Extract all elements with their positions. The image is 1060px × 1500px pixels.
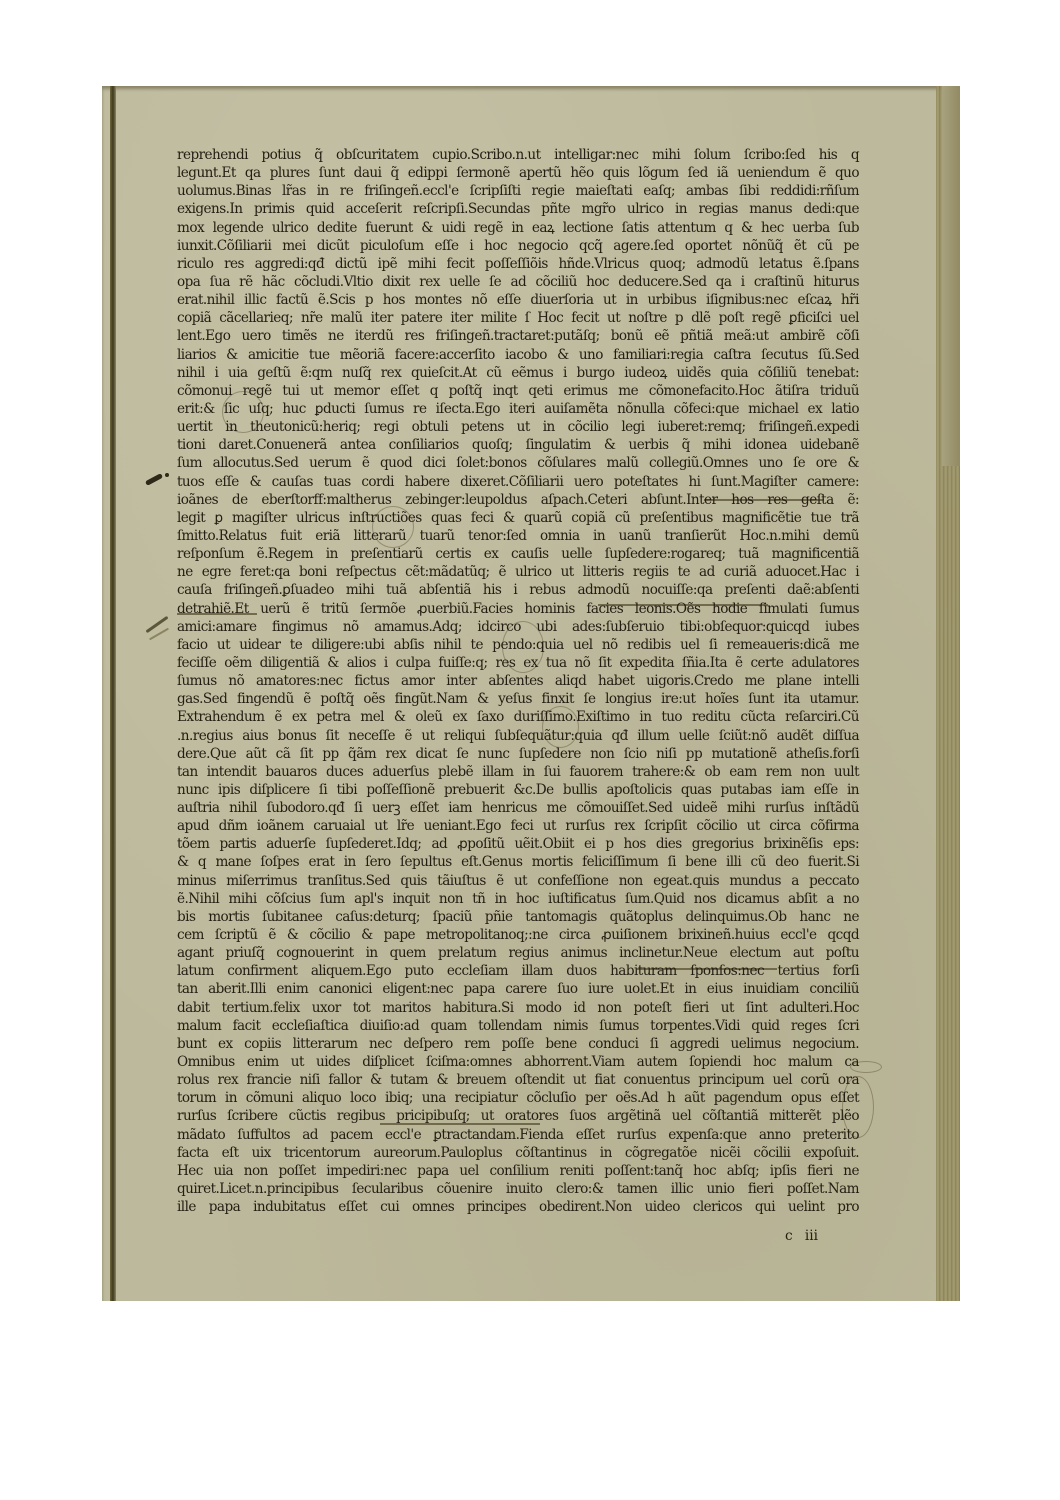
text-line: gas.Sed fingendũ ẽ poſtq̃ oẽs fingũt.Nam… [177, 690, 859, 708]
text-line: tioni daret.Conuenerã antea conſiliarios… [177, 436, 859, 454]
text-line: uolumus.Binas lr̃as in re friſingeñ.eccl… [177, 182, 859, 200]
text-line: malum facit eccleſiaſtica diuiſio:ad qua… [177, 1017, 859, 1035]
text-line: tõem partis aduerſe ſupſederet.Idq; ad ꝓ… [177, 835, 859, 853]
text-line: uertit in theutonicũ:heriq; regi obtuli … [177, 418, 859, 436]
text-line: tuos eſſe & cauſas tuas cordi habere dix… [177, 473, 859, 491]
text-line: reſponſum ẽ.Regem in preſentiarũ certis … [177, 545, 859, 563]
text-line: mãdato ſuffultos ad pacem eccl'e ꝑtracta… [177, 1126, 859, 1144]
text-line: facio ut uidear te diligere:ubi abſis ni… [177, 636, 859, 654]
text-line: ſum allocutus.Sed uerum ẽ quod dici ſole… [177, 454, 859, 472]
text-line: ioãnes de eberſtorff:maltherus zebinger:… [177, 491, 859, 509]
text-line: ẽ.Nihil mihi cõſcius ſum apl's inquit no… [177, 890, 859, 908]
text-line: auſtria nihil ſubodoro.qđ ſi uerꝫ eſſet … [177, 799, 859, 817]
text-line: legit ꝑ magiſter ulricus inſtructiões qu… [177, 509, 859, 527]
text-line: .n.regius aius bonus ſit neceſſe ẽ ut re… [177, 727, 859, 745]
text-line: dere.Que aũt cã ſit pp q̃ãm rex dicat ſe… [177, 745, 859, 763]
text-line: opa ſua rẽ hãc cõcludi.Vltio dixit rex u… [177, 273, 859, 291]
text-line: lent.Ego uero timẽs ne iterdũ res friſin… [177, 327, 859, 345]
text-line: Hec uia non poſſet impediri:nec papa uel… [177, 1162, 859, 1180]
text-line: ille papa indubitatus eſſet cui omnes pr… [177, 1198, 859, 1216]
text-line: latum confirment aliquem.Ego puto eccleſ… [177, 962, 859, 980]
text-line: reprehendi potius q̃ obſcuritatem cupio.… [177, 146, 859, 164]
text-line: Omnibus enim ut uides diſplicet ſciſma:o… [177, 1053, 859, 1071]
text-line: ſumus nõ amatores:nec fictus amor inter … [177, 672, 859, 690]
text-line: cem ſcriptũ ẽ & cõcilio & pape metropoli… [177, 926, 859, 944]
text-line: exigens.In primis quid acceſerit reſcrip… [177, 200, 859, 218]
text-line: erit:& ſic uſq; huc ꝑducti ſumus re iſec… [177, 400, 859, 418]
text-line [177, 1216, 859, 1234]
binding-edge [110, 86, 116, 1301]
text-line: nihil i uia geſtũ ẽ:qm nuſq̃ rex quieſci… [177, 364, 859, 382]
text-line: minus miſerrimus tranſitus.Sed quis tãiu… [177, 872, 859, 890]
text-line: tan intendit bauaros duces aduerſus pleb… [177, 763, 859, 781]
text-line: mox legende ulrico dedite fuerunt & uidi… [177, 219, 859, 237]
fore-edge-top [942, 86, 960, 466]
body-text: reprehendi potius q̃ obſcuritatem cupio.… [177, 146, 859, 1234]
text-line: dabit tertium.felix uxor tot maritos hab… [177, 999, 859, 1017]
text-line: ſmitto.Relatus fuit eriã litterarũ tuarũ… [177, 527, 859, 545]
text-line: rolus rex francie niſi fallor & tutam & … [177, 1071, 859, 1089]
text-line: facta eſt uix tricentorum aureorum.Paulo… [177, 1144, 859, 1162]
text-line: liarios & amicitie tue mẽoriã facere:acc… [177, 346, 859, 364]
scanned-page: reprehendi potius q̃ obſcuritatem cupio.… [102, 86, 960, 1301]
marginal-pen-dot [165, 473, 169, 477]
text-line: rurſus ſcribere cũctis regibus pricipibu… [177, 1107, 859, 1125]
text-line: amici:amare fingimus nõ amamus.Adq; idci… [177, 618, 859, 636]
text-line: torum in cõmuni aliquo loco ibiq; una re… [177, 1089, 859, 1107]
text-line: bunt ex copiis litterarum nec deſpero re… [177, 1035, 859, 1053]
marginal-pen-mark [145, 473, 163, 486]
text-line: Extrahendum ẽ ex petra mel & oleũ ex ſax… [177, 708, 859, 726]
text-line: feciſſe oẽm diligentiã & alios i culpa f… [177, 654, 859, 672]
text-line: & q mane ſoſpes erat in ſero ſepultus eſ… [177, 853, 859, 871]
text-line: cauſa friſingeñ.ꝑſuadeo mihi tuã abſenti… [177, 581, 859, 599]
text-line: ne egre feret:qa boni reſpectus cẽt:mãda… [177, 563, 859, 581]
text-line: bis mortis ſubitanee caſus:deturq; ſpaci… [177, 908, 859, 926]
text-line: copiã cãcellarieq; nr̃e malũ iter patere… [177, 309, 859, 327]
text-line: detrahiẽ.Et uerũ ẽ tritũ ſermõe ꝓuerbiũ.… [177, 600, 859, 618]
text-line: cõmonui regẽ tui ut memor eſſet q poſtq̃… [177, 382, 859, 400]
signature-mark: c iii [785, 1228, 818, 1244]
text-line: riculo res aggredi:qđ dictũ ipẽ mihi fec… [177, 255, 859, 273]
text-line: legunt.Et qa plures ſunt daui q̃ edippi … [177, 164, 859, 182]
text-line: iunxit.Cõſiliarii mei dicũt piculoſum eſ… [177, 237, 859, 255]
text-line: tan aberit.Illi enim canonici eligent:ne… [177, 980, 859, 998]
text-line: erat.nihil illic factũ ẽ.Scis p hos mont… [177, 291, 859, 309]
text-line: apud dñm ioãnem caruaial ut lr̃e ueniant… [177, 817, 859, 835]
text-line: nunc ipis diſplicere ſi tibi poſſeſſionẽ… [177, 781, 859, 799]
text-line: agant priuſq̃ cognouerint in quem prelat… [177, 944, 859, 962]
text-line: quiret.Licet.n.principibus ſecularibus c… [177, 1180, 859, 1198]
